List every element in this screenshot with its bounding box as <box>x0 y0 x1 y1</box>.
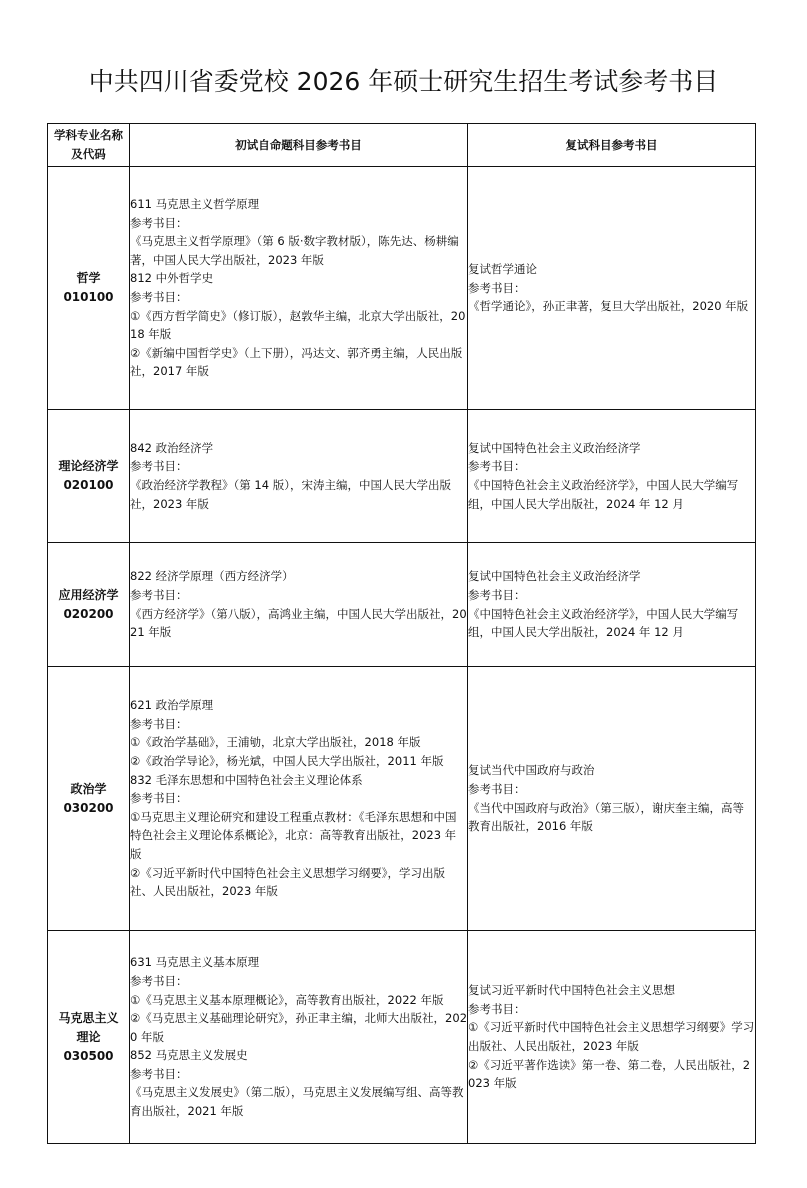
retest-books-cell: 复试中国特色社会主义政治经济学 参考书目： 《中国特色社会主义政治经济学》，中国… <box>468 543 756 667</box>
book-entry: 《西方经济学》（第八版），高鸿业主编，中国人民大学出版社，2021 年版 <box>130 605 467 642</box>
subject-line: 复试中国特色社会主义政治经济学 <box>468 567 755 586</box>
book-entry: 《当代中国政府与政治》（第三版），谢庆奎主编，高等教育出版社，2016 年版 <box>468 799 755 836</box>
reference-label: 参考书目： <box>130 288 467 307</box>
table-header-row: 学科专业名称及代码 初试自命题科目参考书目 复试科目参考书目 <box>48 124 756 167</box>
book-entry: 《政治经济学教程》（第 14 版），宋涛主编，中国人民大学出版社，2023 年版 <box>130 476 467 513</box>
reference-label: 参考书目： <box>130 457 467 476</box>
retest-books-cell: 复试哲学通论 参考书目： 《哲学通论》，孙正聿著，复旦大学出版社，2020 年版 <box>468 167 756 410</box>
retest-books-cell: 复试中国特色社会主义政治经济学 参考书目： 《中国特色社会主义政治经济学》，中国… <box>468 410 756 543</box>
major-name: 哲学 <box>48 269 129 288</box>
header-major: 学科专业名称及代码 <box>48 124 130 167</box>
reference-label: 参考书目： <box>130 789 467 808</box>
book-entry: 《中国特色社会主义政治经济学》，中国人民大学编写组，中国人民大学出版社，2024… <box>468 476 755 513</box>
table-row: 应用经济学 020200 822 经济学原理（西方经济学） 参考书目： 《西方经… <box>48 543 756 667</box>
subject-line: 842 政治经济学 <box>130 439 467 458</box>
header-major-label: 学科专业名称及代码 <box>48 126 129 164</box>
book-entry: 《哲学通论》，孙正聿著，复旦大学出版社，2020 年版 <box>468 297 755 316</box>
major-cell: 政治学 030200 <box>48 667 130 931</box>
major-name: 政治学 <box>48 780 129 799</box>
book-entry: 《马克思主义哲学原理》（第 6 版·数字教材版），陈先达、杨耕编著，中国人民大学… <box>130 232 467 269</box>
book-entry: ②《习近平新时代中国特色社会主义思想学习纲要》，学习出版社、人民出版社，2023… <box>130 864 467 901</box>
major-cell: 哲学 010100 <box>48 167 130 410</box>
major-cell: 马克思主义理论 030500 <box>48 931 130 1144</box>
subject-line: 复试哲学通论 <box>468 260 755 279</box>
major-name: 理论经济学 <box>48 457 129 476</box>
reference-label: 参考书目： <box>130 214 467 233</box>
reference-label: 参考书目： <box>130 972 467 991</box>
subject-line: 611 马克思主义哲学原理 <box>130 195 467 214</box>
book-entry: ①《西方哲学简史》（修订版），赵敦华主编，北京大学出版社，2018 年版 <box>130 307 467 344</box>
initial-books-cell: 822 经济学原理（西方经济学） 参考书目： 《西方经济学》（第八版），高鸿业主… <box>130 543 468 667</box>
book-entry: ①《习近平新时代中国特色社会主义思想学习纲要》学习出版社、人民出版社，2023 … <box>468 1018 755 1055</box>
table-row: 哲学 010100 611 马克思主义哲学原理 参考书目： 《马克思主义哲学原理… <box>48 167 756 410</box>
major-code: 010100 <box>48 288 129 307</box>
major-cell: 理论经济学 020100 <box>48 410 130 543</box>
book-entry: ②《政治学导论》，杨光斌，中国人民大学出版社，2011 年版 <box>130 752 467 771</box>
subject-line: 852 马克思主义发展史 <box>130 1046 467 1065</box>
reference-label: 参考书目： <box>468 1000 755 1019</box>
major-cell: 应用经济学 020200 <box>48 543 130 667</box>
book-entry: ①《马克思主义基本原理概论》，高等教育出版社，2022 年版 <box>130 991 467 1010</box>
table-row: 马克思主义理论 030500 631 马克思主义基本原理 参考书目： ①《马克思… <box>48 931 756 1144</box>
subject-line: 832 毛泽东思想和中国特色社会主义理论体系 <box>130 771 467 790</box>
major-code: 030200 <box>48 799 129 818</box>
reference-label: 参考书目： <box>468 457 755 476</box>
table-row: 政治学 030200 621 政治学原理 参考书目： ①《政治学基础》，王浦劬，… <box>48 667 756 931</box>
subject-line: 复试中国特色社会主义政治经济学 <box>468 439 755 458</box>
book-entry: 《马克思主义发展史》（第二版），马克思主义发展编写组、高等教育出版社，2021 … <box>130 1083 467 1120</box>
retest-books-cell: 复试习近平新时代中国特色社会主义思想 参考书目： ①《习近平新时代中国特色社会主… <box>468 931 756 1144</box>
reference-book-table: 学科专业名称及代码 初试自命题科目参考书目 复试科目参考书目 哲学 010100… <box>47 123 756 1144</box>
reference-label: 参考书目： <box>468 279 755 298</box>
major-name: 马克思主义理论 <box>48 1009 129 1047</box>
book-entry: ②《新编中国哲学史》（上下册），冯达文、郭齐勇主编，人民出版社，2017 年版 <box>130 344 467 381</box>
book-entry: ②《习近平著作选读》第一卷、第二卷，人民出版社，2023 年版 <box>468 1056 755 1093</box>
reference-label: 参考书目： <box>468 586 755 605</box>
initial-books-cell: 631 马克思主义基本原理 参考书目： ①《马克思主义基本原理概论》，高等教育出… <box>130 931 468 1144</box>
subject-line: 812 中外哲学史 <box>130 269 467 288</box>
initial-books-cell: 611 马克思主义哲学原理 参考书目： 《马克思主义哲学原理》（第 6 版·数字… <box>130 167 468 410</box>
document-title: 中共四川省委党校 2026 年硕士研究生招生考试参考书目 <box>0 62 807 98</box>
reference-label: 参考书目： <box>468 780 755 799</box>
major-name: 应用经济学 <box>48 586 129 605</box>
book-entry: ①《政治学基础》，王浦劬，北京大学出版社，2018 年版 <box>130 733 467 752</box>
subject-line: 复试当代中国政府与政治 <box>468 761 755 780</box>
retest-books-cell: 复试当代中国政府与政治 参考书目： 《当代中国政府与政治》（第三版），谢庆奎主编… <box>468 667 756 931</box>
reference-label: 参考书目： <box>130 1065 467 1084</box>
reference-label: 参考书目： <box>130 586 467 605</box>
major-code: 030500 <box>48 1047 129 1066</box>
subject-line: 复试习近平新时代中国特色社会主义思想 <box>468 981 755 1000</box>
major-code: 020200 <box>48 605 129 624</box>
header-initial: 初试自命题科目参考书目 <box>130 124 468 167</box>
table-row: 理论经济学 020100 842 政治经济学 参考书目： 《政治经济学教程》（第… <box>48 410 756 543</box>
header-retest: 复试科目参考书目 <box>468 124 756 167</box>
book-entry: 《中国特色社会主义政治经济学》，中国人民大学编写组，中国人民大学出版社，2024… <box>468 605 755 642</box>
initial-books-cell: 842 政治经济学 参考书目： 《政治经济学教程》（第 14 版），宋涛主编，中… <box>130 410 468 543</box>
subject-line: 822 经济学原理（西方经济学） <box>130 567 467 586</box>
subject-line: 621 政治学原理 <box>130 696 467 715</box>
major-code: 020100 <box>48 476 129 495</box>
initial-books-cell: 621 政治学原理 参考书目： ①《政治学基础》，王浦劬，北京大学出版社，201… <box>130 667 468 931</box>
book-entry: ①马克思主义理论研究和建设工程重点教材：《毛泽东思想和中国特色社会主义理论体系概… <box>130 808 467 864</box>
subject-line: 631 马克思主义基本原理 <box>130 953 467 972</box>
reference-label: 参考书目： <box>130 715 467 734</box>
book-entry: ②《马克思主义基础理论研究》，孙正聿主编，北师大出版社，2020 年版 <box>130 1009 467 1046</box>
